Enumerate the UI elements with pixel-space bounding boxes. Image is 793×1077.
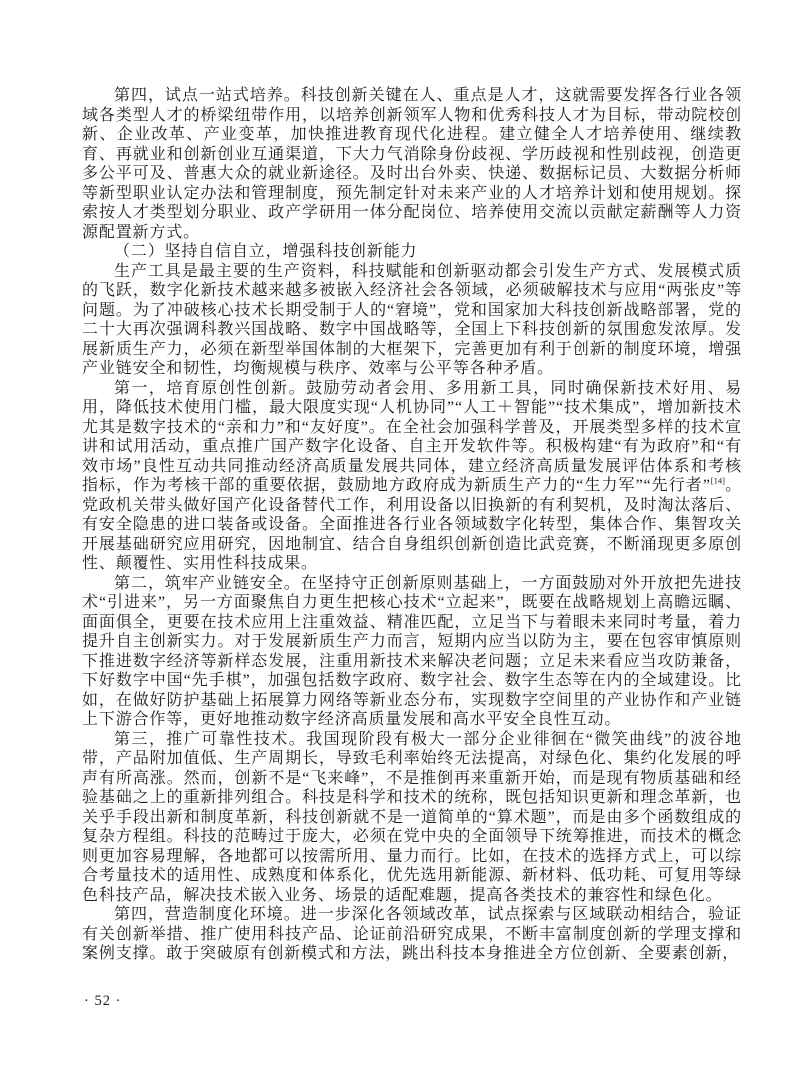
footnote-ref-14: [14] (711, 476, 725, 486)
paragraph-intro: 生产工具是最主要的生产资料，科技赋能和创新驱动都会引发生产方式、发展模式质的飞跃… (82, 262, 742, 379)
page-number: · 52 · (84, 993, 121, 1010)
document-page: 第四，试点一站式培养。科技创新关键在人、重点是人才，这就需要发挥各行业各领域各类… (0, 0, 793, 1077)
page-body: 第四，试点一站式培养。科技创新关键在人、重点是人才，这就需要发挥各行业各领域各类… (82, 86, 742, 964)
paragraph-original-innovation: 第一，培育原创性创新。鼓励劳动者会用、多用新工具，同时确保新技术好用、易用，降低… (82, 379, 742, 574)
paragraph-industry-chain: 第二，筑牢产业链安全。在坚持守正创新原则基础上，一方面鼓励对外开放把先进技术“引… (82, 574, 742, 730)
paragraph-reliable-tech: 第三，推广可靠性技术。我国现阶段有极大一部分企业徘徊在“微笑曲线”的波谷地带，产… (82, 730, 742, 906)
section-heading: （二）坚持自信自立，增强科技创新能力 (82, 242, 742, 262)
paragraph-text: 第一，培育原创性创新。鼓励劳动者会用、多用新工具，同时确保新技术好用、易用，降低… (82, 380, 742, 495)
paragraph-talent-training: 第四，试点一站式培养。科技创新关键在人、重点是人才，这就需要发挥各行业各领域各类… (82, 86, 742, 242)
paragraph-institutional-env: 第四，营造制度化环境。进一步深化各领域改革，试点探索与区域联动相结合，验证有关创… (82, 905, 742, 964)
